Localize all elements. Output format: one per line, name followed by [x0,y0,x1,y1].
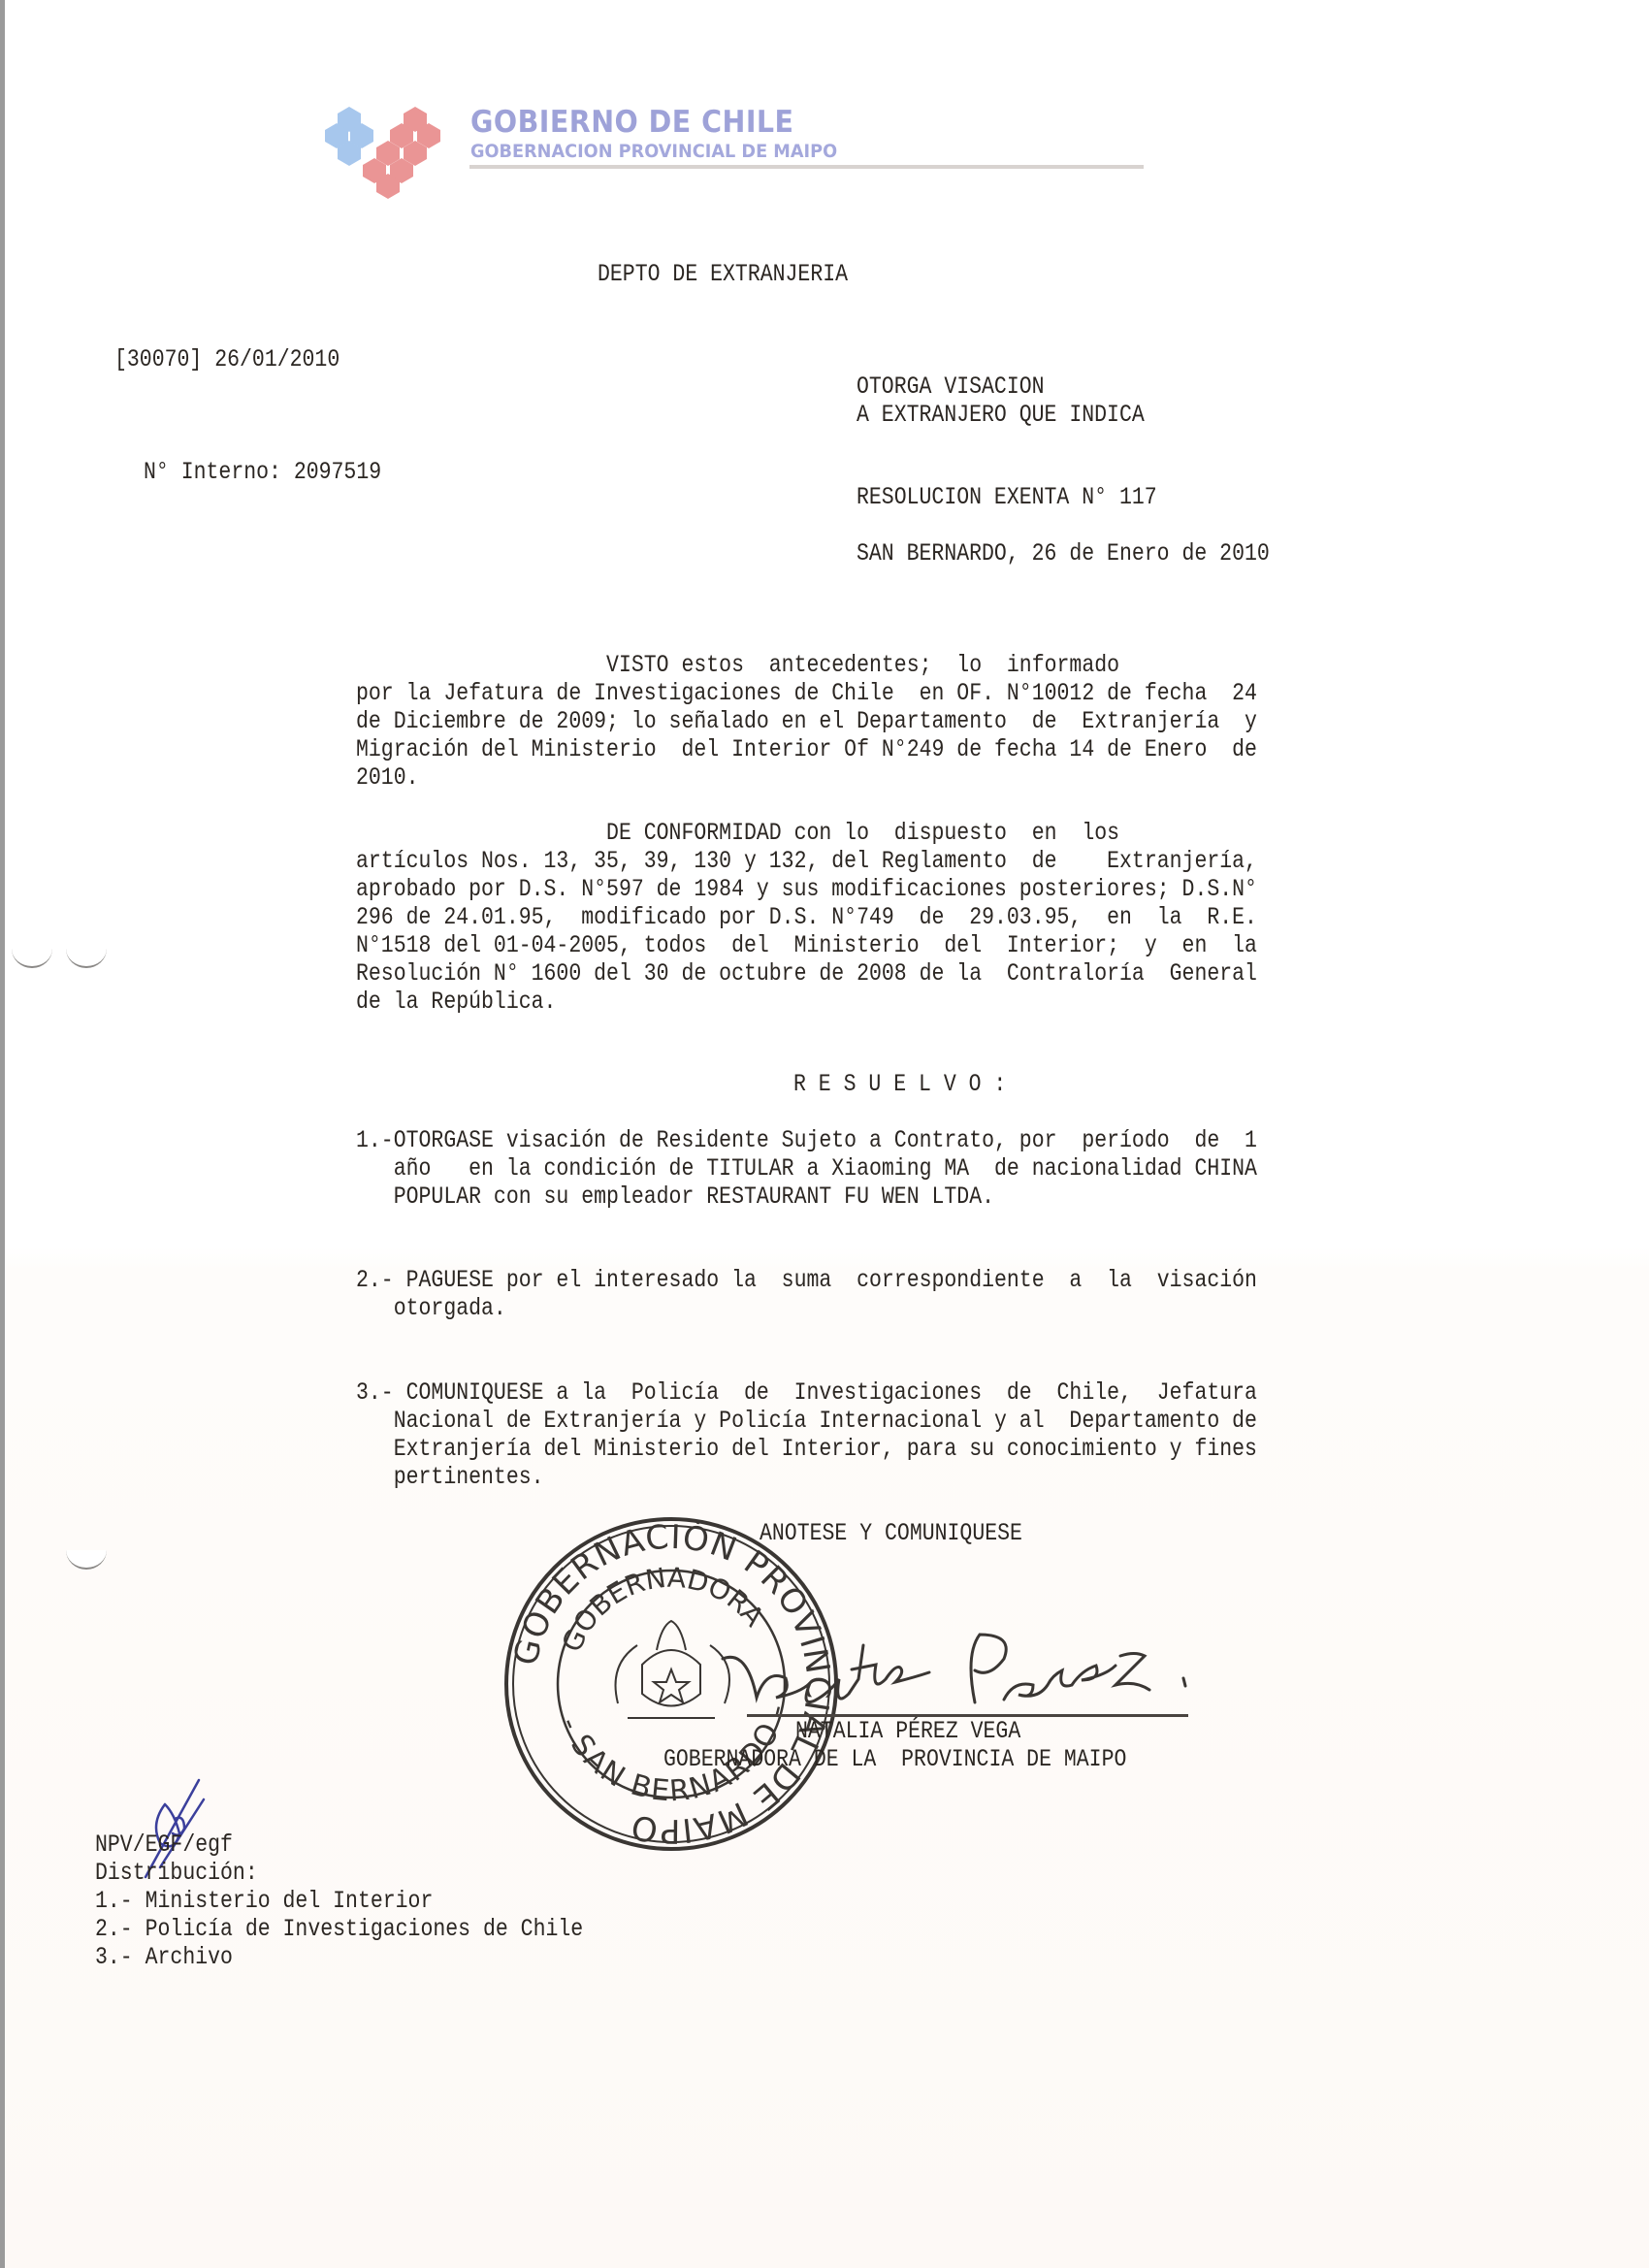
paragraph-line: 2010. [356,763,419,793]
paragraph-line: pertinentes. [356,1463,544,1492]
subject-line-2: A EXTRANJERO QUE INDICA [857,401,1145,429]
paragraph-line: Extranjería del Ministerio del Interior,… [356,1435,1257,1464]
paragraph-line: VISTO estos antecedentes; lo informado [356,651,1119,680]
resuelvo-heading: R E S U E L V O : [793,1070,1006,1098]
reference-initials: NPV/EGF/egf [95,1831,233,1859]
letterhead-subtitle: GOBERNACION PROVINCIAL DE MAIPO [470,141,837,162]
paragraph-line: N°1518 del 01-04-2005, todos del Ministe… [356,931,1257,960]
paragraph-line: DE CONFORMIDAD con lo dispuesto en los [356,819,1119,848]
letterhead-divider [469,165,1144,169]
resolution-number: RESOLUCION EXENTA N° 117 [857,483,1157,511]
reference-number: [30070] 26/01/2010 [114,345,339,373]
paragraph-line: de la República. [356,988,556,1017]
paragraph-line: artículos Nos. 13, 35, 39, 130 y 132, de… [356,847,1257,876]
paragraph-line: de Diciembre de 2009; lo señalado en el … [356,707,1257,736]
paragraph-line: 3.- COMUNIQUESE a la Policía de Investig… [356,1378,1257,1408]
paragraph-line: Migración del Ministerio del Interior Of… [356,735,1257,764]
paragraph-line: aprobado por D.S. N°597 de 1984 y sus mo… [356,875,1257,904]
scan-edge [0,0,5,2268]
paragraph-line: 296 de 24.01.95, modificado por D.S. N°7… [356,903,1257,932]
paragraph-line: por la Jefatura de Investigaciones de Ch… [356,679,1257,708]
paragraph-line: año en la condición de TITULAR a Xiaomin… [356,1154,1257,1183]
paragraph-line: Nacional de Extranjería y Policía Intern… [356,1407,1257,1436]
government-logo-icon [320,102,456,199]
subject-line-1: OTORGA VISACION [857,373,1045,401]
place-date: SAN BERNARDO, 26 de Enero de 2010 [857,539,1270,567]
paragraph-line: 2.- PAGUESE por el interesado la suma co… [356,1266,1257,1295]
paragraph-line: 1.-OTORGASE visación de Residente Sujeto… [356,1126,1257,1155]
distribution-label: Distribución: [95,1859,258,1887]
letterhead-title: GOBIERNO DE CHILE [470,105,793,140]
distribution-item: 2.- Policía de Investigaciones de Chile [95,1915,583,1943]
internal-number: N° Interno: 2097519 [144,458,381,486]
paragraph-line: Resolución N° 1600 del 30 de octubre de … [356,959,1257,988]
distribution-item: 3.- Archivo [95,1943,233,1971]
paragraph-line: POPULAR con su empleador RESTAURANT FU W… [356,1183,994,1212]
paragraph-line: otorgada. [356,1294,506,1323]
signatory-name: NATALIA PÉREZ VEGA [795,1717,1020,1745]
department-heading: DEPTO DE EXTRANJERIA [598,260,848,288]
distribution-item: 1.- Ministerio del Interior [95,1887,433,1915]
signatory-title: GOBERNADORA DE LA PROVINCIA DE MAIPO [663,1745,1126,1773]
